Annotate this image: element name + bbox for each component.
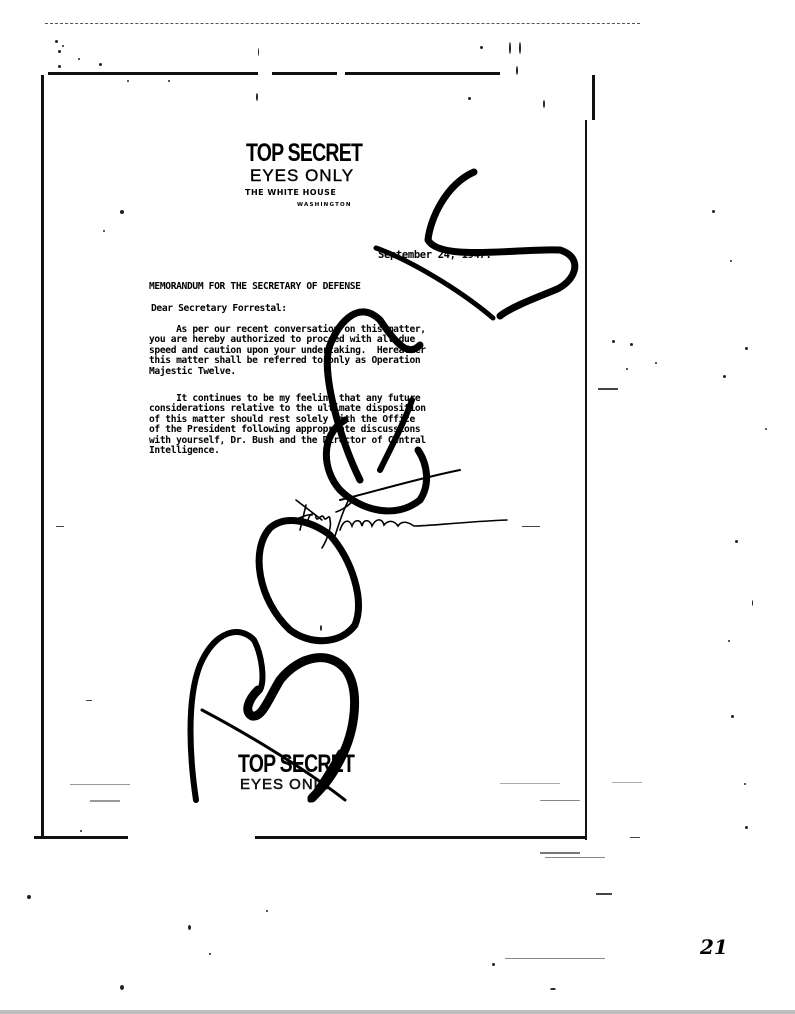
viewer-bottom-edge: [0, 1010, 795, 1014]
page-number: 21: [700, 935, 728, 959]
signature: [296, 498, 507, 548]
handwriting-overlay: [0, 0, 795, 1014]
bogus-annotation: [191, 172, 575, 800]
